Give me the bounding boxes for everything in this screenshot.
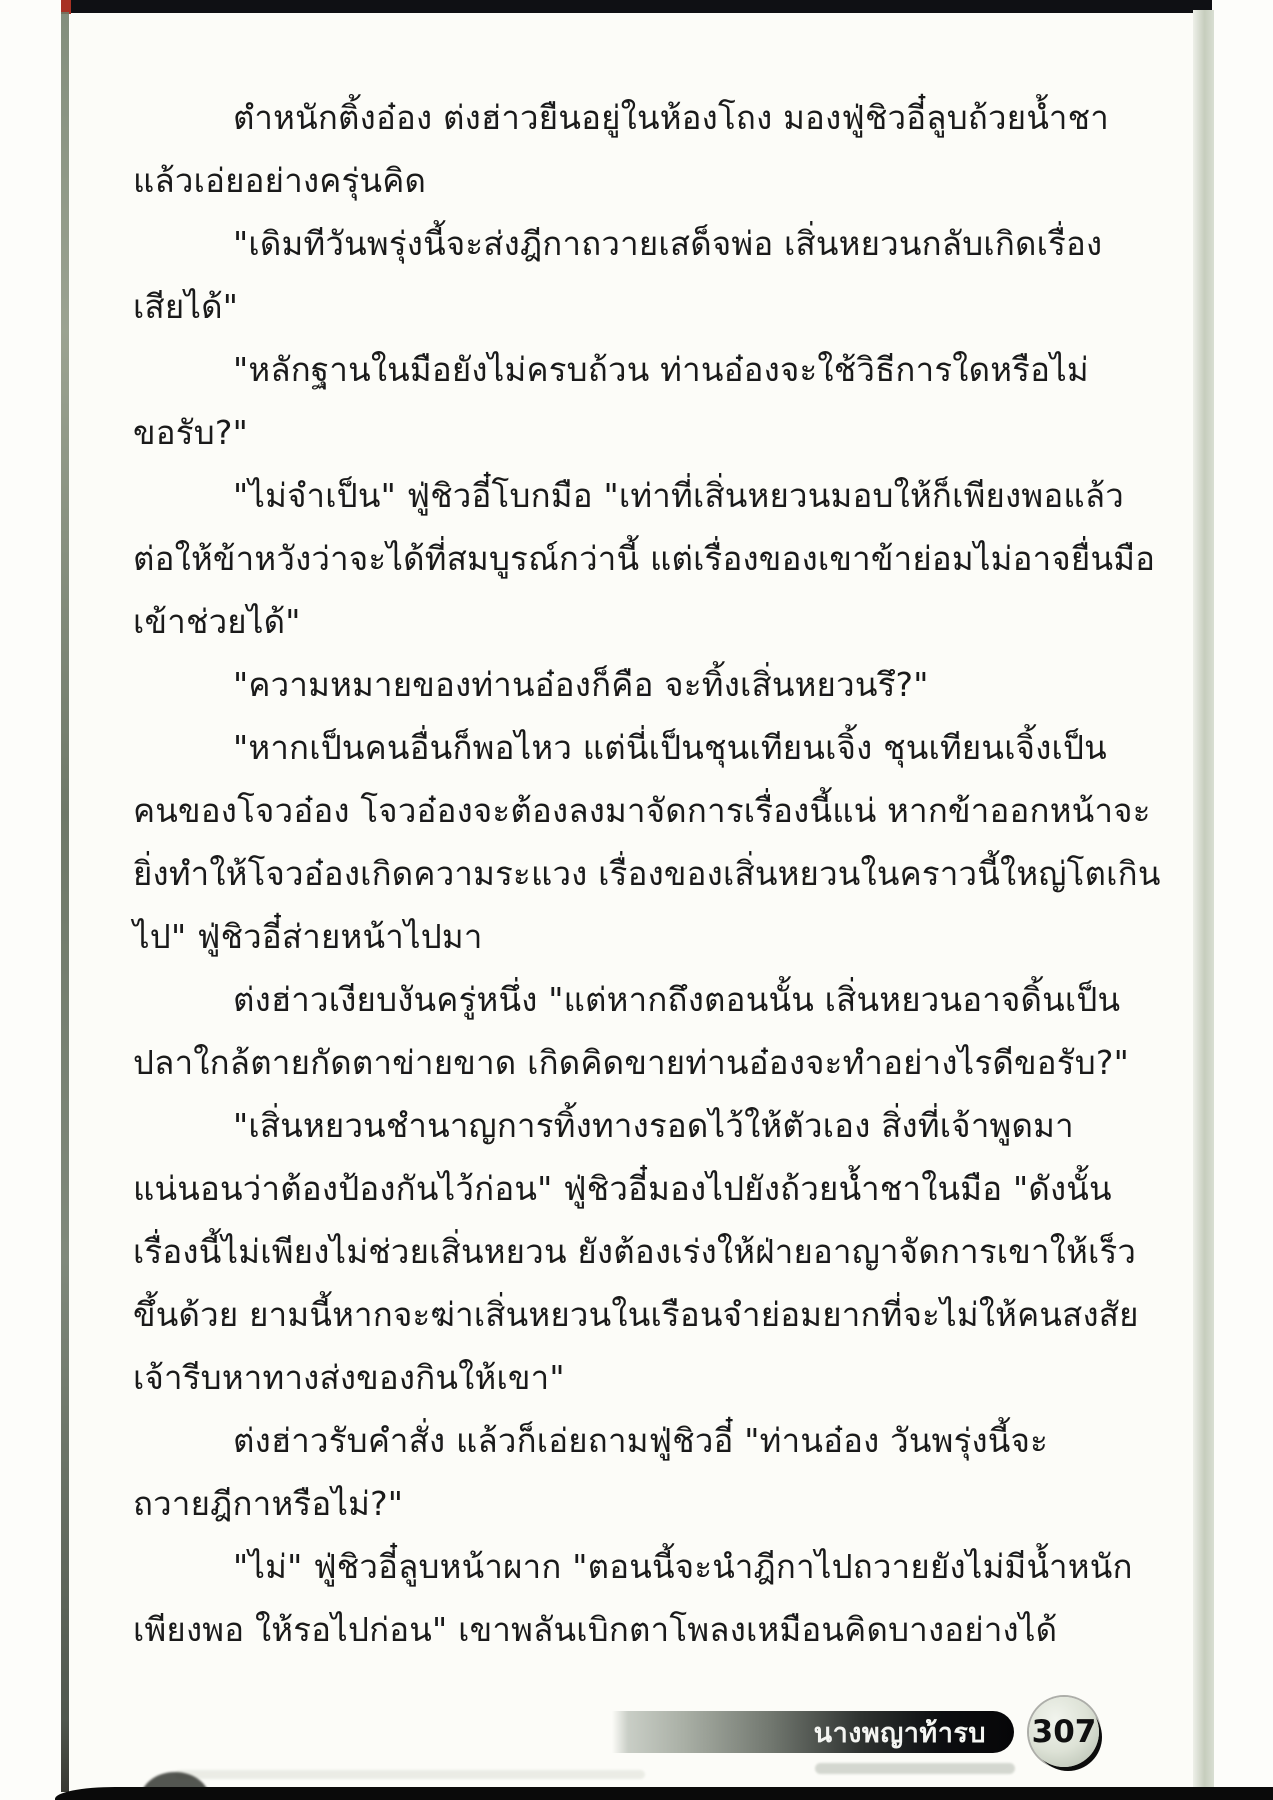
text-line: ต่งฮ่าวรับคำสั่ง แล้วก็เอ่ยถามฟู่ชิวอี๋ … [133,1409,1158,1472]
text-line: "ไม่จำเป็น" ฟู่ชิวอี๋โบกมือ "เท่าที่เสิ่… [133,464,1158,527]
book-binding-edge [61,12,69,1792]
body-text: ตำหนักติ้งอ๋อง ต่งฮ่าวยืนอยู่ในห้องโถง ม… [133,86,1158,1661]
text-line: เรื่องนี้ไม่เพียงไม่ช่วยเสิ่นหยวน ยังต้อ… [133,1220,1158,1283]
page-number: 307 [1032,1714,1097,1750]
page-right-edge-shadow [1193,10,1214,1800]
text-line: "เดิมทีวันพรุ่งนี้จะส่งฎีกาถวายเสด็จพ่อ … [133,212,1158,275]
text-line: ยิ่งทำให้โจวอ๋องเกิดความระแวง เรื่องของเ… [133,842,1158,905]
scan-smudge [815,1763,1015,1774]
footer-title-bar: นางพญาท้ารบ [612,1711,1014,1753]
text-line: คนของโจวอ๋อง โจวอ๋องจะต้องลงมาจัดการเรื่… [133,779,1158,842]
text-line: เข้าช่วยได้" [133,590,1158,653]
page-number-badge: 307 [1029,1697,1099,1767]
text-line: ไป" ฟู่ชิวอี๋ส่ายหน้าไปมา [133,905,1158,968]
text-line: แน่นอนว่าต้องป้องกันไว้ก่อน" ฟู่ชิวอี๋มอ… [133,1157,1158,1220]
text-line: ต่อให้ข้าหวังว่าจะได้ที่สมบูรณ์กว่านี้ แ… [133,527,1158,590]
text-line: เจ้ารีบหาทางส่งของกินให้เขา" [133,1346,1158,1409]
text-line: ตำหนักติ้งอ๋อง ต่งฮ่าวยืนอยู่ในห้องโถง ม… [133,86,1158,149]
text-line: ขอรับ?" [133,401,1158,464]
text-line: ต่งฮ่าวเงียบงันครู่หนึ่ง "แต่หากถึงตอนนั… [133,968,1158,1031]
text-line: แล้วเอ่ยอย่างครุ่นคิด [133,149,1158,212]
series-title: นางพญาท้ารบ [814,1711,986,1754]
text-line: "หากเป็นคนอื่นก็พอไหว แต่นี่เป็นชุนเทียน… [133,716,1158,779]
scan-bottom-edge-bar [55,1787,1273,1800]
text-line: เสียได้" [133,275,1158,338]
text-line: "ความหมายของท่านอ๋องก็คือ จะทิ้งเสิ่นหยว… [133,653,1158,716]
text-line: ปลาใกล้ตายกัดตาข่ายขาด เกิดคิดขายท่านอ๋อ… [133,1031,1158,1094]
text-line: "หลักฐานในมือยังไม่ครบถ้วน ท่านอ๋องจะใช้… [133,338,1158,401]
text-line: ขึ้นด้วย ยามนี้หากจะฆ่าเสิ่นหยวนในเรือนจ… [133,1283,1158,1346]
text-line: ถวายฎีกาหรือไม่?" [133,1472,1158,1535]
scan-smudge [175,1770,645,1779]
scanned-book-page: ตำหนักติ้งอ๋อง ต่งฮ่าวยืนอยู่ในห้องโถง ม… [0,0,1273,1800]
text-line: "เสิ่นหยวนชำนาญการทิ้งทางรอดไว้ให้ตัวเอง… [133,1094,1158,1157]
scan-top-edge-bar [70,0,1212,13]
text-line: เพียงพอ ให้รอไปก่อน" เขาพลันเบิกตาโพลงเห… [133,1598,1158,1661]
text-line: "ไม่" ฟู่ชิวอี๋ลูบหน้าผาก "ตอนนี้จะนำฎีก… [133,1535,1158,1598]
